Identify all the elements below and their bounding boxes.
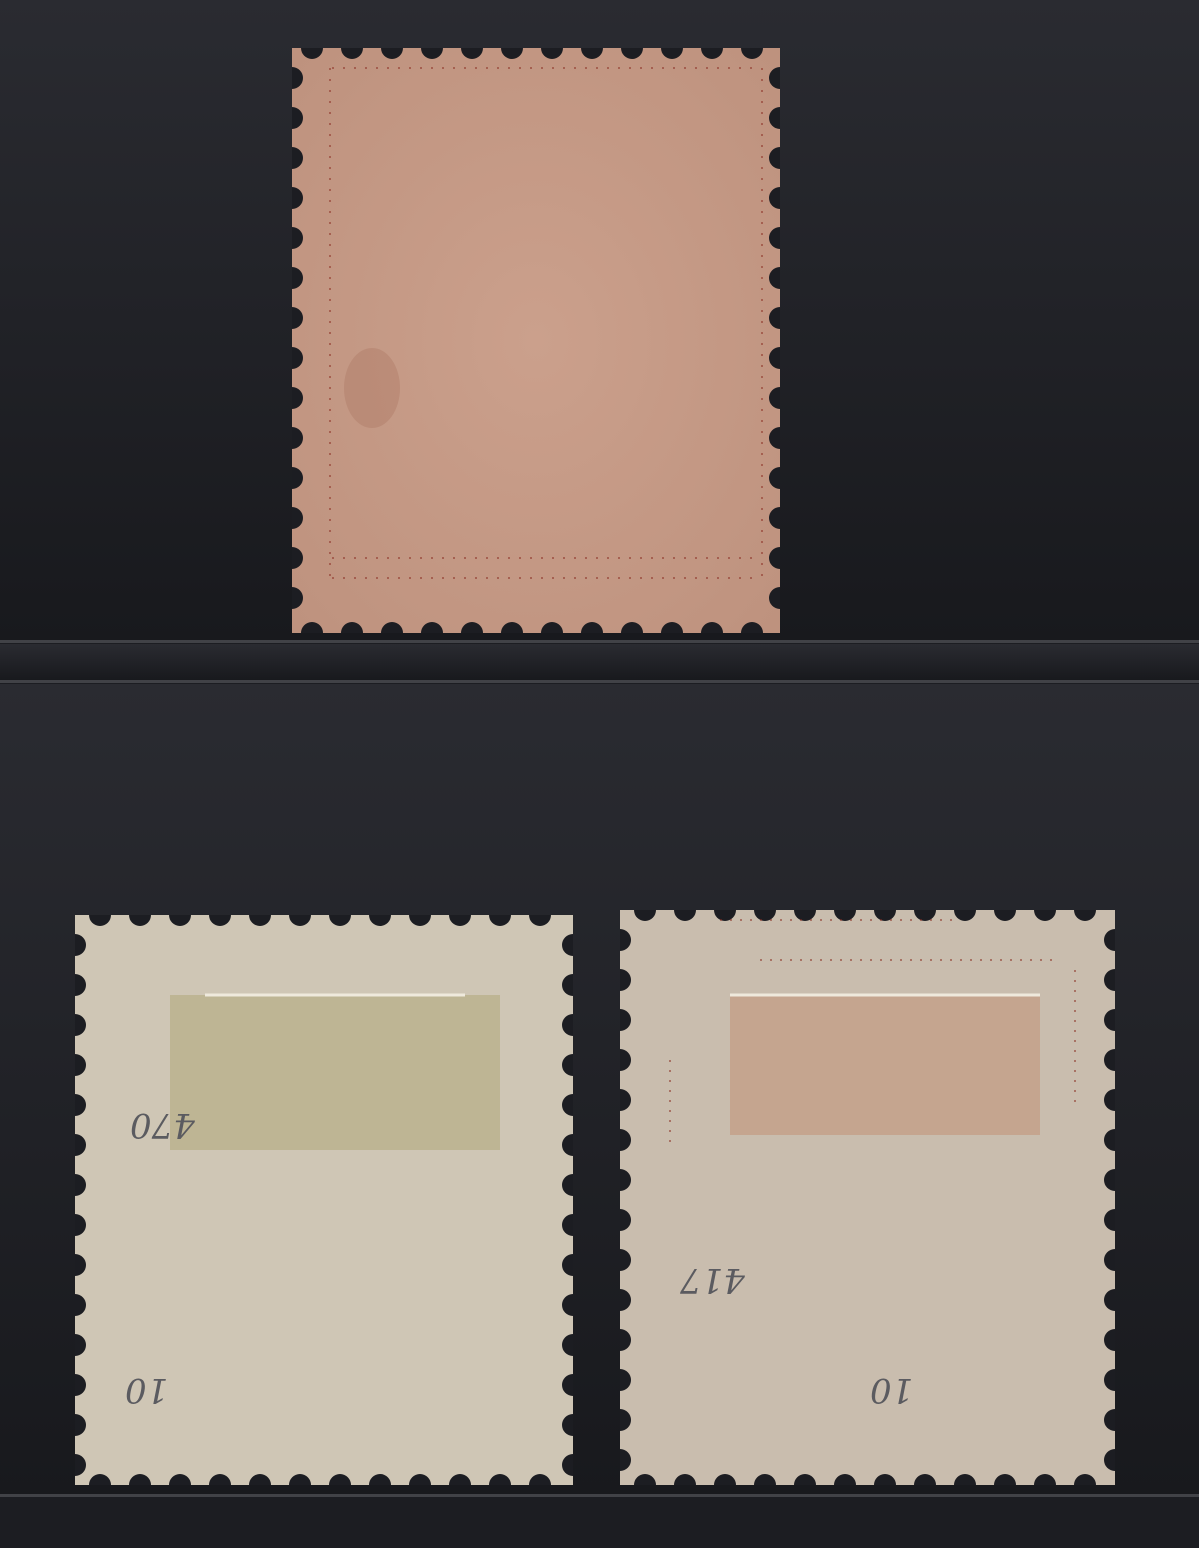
stock-strip-middle <box>0 644 1199 680</box>
stamp-bottom-left: 470 10 <box>75 915 573 1485</box>
strip-edge <box>0 680 1199 683</box>
stamp-bottom-right-paper <box>620 910 1115 1485</box>
strip-edge <box>0 640 1199 643</box>
stamp-top-paper <box>292 48 780 633</box>
strip-edge <box>0 1494 1199 1497</box>
stamp-bottom-right: 417 10 <box>620 910 1115 1485</box>
pencil-annotation: 417 <box>680 1260 745 1300</box>
pencil-annotation: 10 <box>870 1370 913 1410</box>
stamp-top <box>292 48 780 633</box>
pencil-annotation: 10 <box>125 1370 168 1410</box>
pencil-annotation: 470 <box>130 1105 195 1145</box>
